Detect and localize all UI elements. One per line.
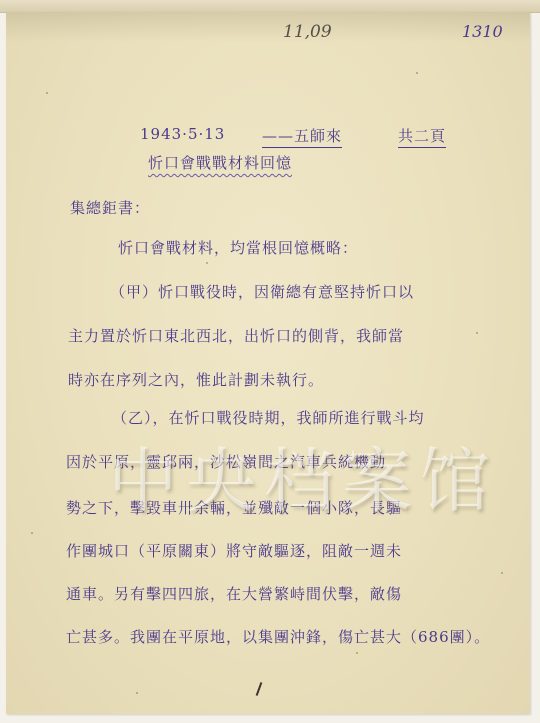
paper-speck: [136, 692, 138, 694]
header-date: 1943·5·13: [140, 125, 225, 143]
page-number: 1310: [462, 22, 503, 41]
document-title: 忻口會戰戰材料回憶: [148, 152, 292, 173]
paper-speck: [476, 332, 478, 334]
body-line: 時亦在序列之內，惟此計劃未執行。: [68, 369, 324, 390]
paper-speck: [416, 72, 418, 74]
body-line: 通車。另有擊四四旅，在大營繁峙間伏擊，敵傷: [66, 583, 402, 604]
header-page-count: 共二頁: [398, 125, 446, 148]
paper-speck: [356, 652, 358, 654]
document-page: [6, 12, 530, 714]
body-line: （乙），在忻口戰役時期，我師所進行戰斗均: [112, 407, 425, 428]
body-line: 忻口會戰材料，均當根回憶概略：: [118, 237, 358, 258]
header-unit: ——五師來: [262, 125, 342, 148]
paper-speck: [501, 572, 503, 574]
archive-number: 11,09: [283, 22, 332, 42]
paper-speck: [46, 92, 48, 94]
body-line: 作團城口（平原關東）將守敵驅逐，阻敵一週未: [66, 540, 402, 561]
body-line: 主力置於忻口東北西北，出忻口的側背，我師當: [68, 325, 404, 346]
body-line: 因於平原，靈邱兩，沙松嶺間之汽車兵統機動: [66, 451, 386, 472]
paper-speck: [206, 262, 208, 264]
body-line: （甲）忻口戰役時，因衛總有意堅持忻口以: [110, 281, 414, 302]
salutation: 集總鉅書：: [70, 197, 150, 218]
paper-speck: [31, 532, 33, 534]
body-line: 勢之下，擊毀車卅余輛，並殲敵一個小隊，長驅: [66, 497, 402, 518]
body-line: 亡甚多。我團在平原地，以集團沖鋒，傷亡甚大（686團）。: [66, 626, 490, 647]
